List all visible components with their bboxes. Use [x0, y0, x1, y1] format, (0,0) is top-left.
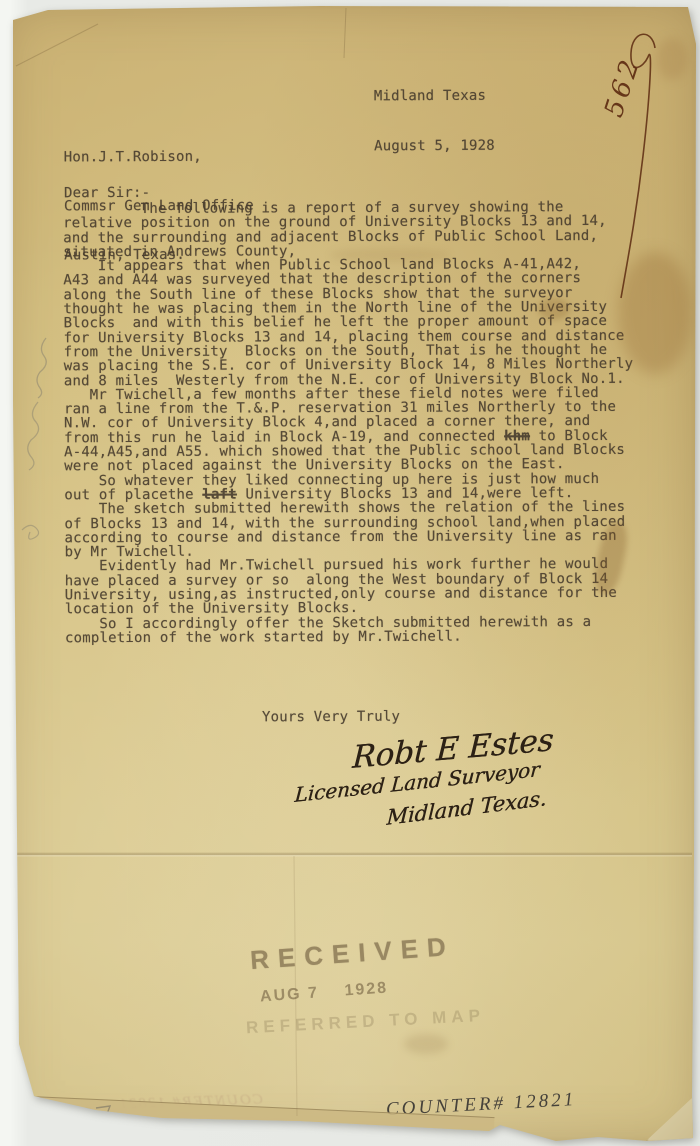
body-line: completion of the work started by Mr.Twi…	[65, 629, 661, 646]
dog-ear-corner	[646, 1096, 694, 1141]
dateline-date: August 5, 1928	[374, 137, 495, 154]
body-line: University, using,as instructed,only cou…	[65, 586, 661, 603]
letter-body: The following is a report of a survey sh…	[63, 200, 661, 646]
folio-number-annotation: 562	[599, 53, 647, 121]
recipient-name: Hon.J.T.Robison,	[64, 149, 254, 166]
dateline: Midland Texas August 5, 1928	[374, 55, 495, 188]
dateline-place: Midland Texas	[374, 88, 495, 105]
pencil-scribble	[22, 525, 39, 539]
pencil-scribble	[28, 402, 39, 470]
paper-shadow: Midland Texas August 5, 1928 Hon.J.T.Rob…	[0, 0, 700, 1146]
closing: Yours Very Truly	[262, 710, 400, 725]
referred-to-map-stamp: REFERRED TO MAP	[246, 1006, 486, 1038]
salutation: Dear Sir:-	[64, 186, 150, 201]
body-line: and the surrounding and adjacent Blocks …	[63, 228, 659, 245]
received-stamp: RECEIVED	[249, 931, 456, 976]
fold-crease	[14, 852, 692, 857]
stain	[656, 38, 688, 80]
scanned-letter: Midland Texas August 5, 1928 Hon.J.T.Rob…	[0, 0, 700, 1146]
pencil-scribble	[37, 338, 46, 398]
body-line: according to course and distance from th…	[64, 529, 660, 546]
stain	[404, 1034, 448, 1054]
letter-paper: Midland Texas August 5, 1928 Hon.J.T.Rob…	[0, 0, 700, 1146]
paper-crease	[344, 8, 346, 58]
stain	[80, 1108, 94, 1118]
received-date-stamp: AUG 7 1928	[260, 980, 389, 1007]
paper-crease	[16, 24, 98, 66]
